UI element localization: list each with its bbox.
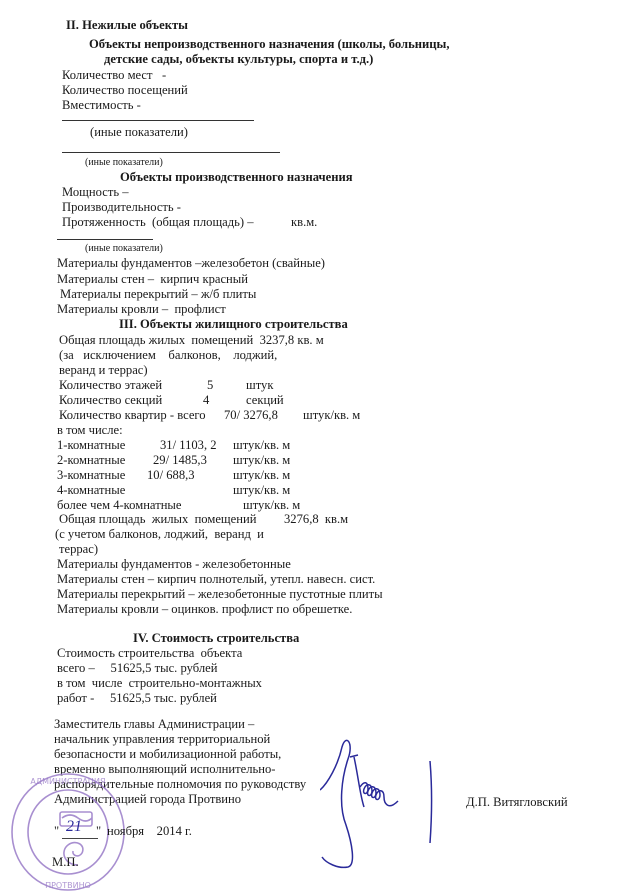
apt-5plus-unit: штук/кв. м — [243, 498, 300, 513]
apt-5plus-label: более чем 4-комнатные — [57, 498, 182, 513]
length-unit: кв.м. — [291, 215, 317, 230]
cost-label: Стоимость строительства объекта — [57, 646, 242, 661]
apartments-total-label: Количество квартир - всего — [59, 408, 206, 423]
apt-4-label: 4-комнатные — [57, 483, 125, 498]
apt-2-unit: штук/кв. м — [233, 453, 290, 468]
walls-material: Материалы стен – кирпич красный — [57, 272, 248, 287]
svg-text:ПРОТВИНО: ПРОТВИНО — [45, 881, 91, 890]
res-roof-material: Материалы кровли – оцинков. профлист по … — [57, 602, 352, 617]
date-close-quote: " — [96, 824, 101, 839]
apt-3-unit: штук/кв. м — [233, 468, 290, 483]
date-day-underline — [62, 838, 98, 839]
floors-material: Материалы перекрытий – ж/б плиты — [60, 287, 256, 302]
roof-material: Материалы кровли – профлист — [57, 302, 226, 317]
apt-2-label: 2-комнатные — [57, 453, 125, 468]
apt-4-unit: штук/кв. м — [233, 483, 290, 498]
including-label: в том числе: — [57, 423, 123, 438]
nonprod-heading-line1: Объекты непроизводственного назначения (… — [89, 37, 450, 52]
section-3-title: III. Объекты жилищного строительства — [119, 317, 348, 332]
foundation-material: Материалы фундаментов –железобетон (свай… — [57, 256, 325, 271]
other-indicators-1: (иные показатели) — [90, 125, 188, 140]
res-floors-material: Материалы перекрытий – железобетонные пу… — [57, 587, 383, 602]
cost-incl-label: в том числе строительно-монтажных — [57, 676, 262, 691]
svg-text:АДМИНИСТРАЦИЯ: АДМИНИСТРАЦИЯ — [30, 777, 105, 786]
area-incl-note-1: (с учетом балконов, лоджий, веранд и — [55, 527, 264, 542]
apt-2-value: 29/ 1485,3 — [153, 453, 207, 468]
floors-count-value: 5 — [207, 378, 213, 393]
blank-line-3 — [57, 239, 153, 240]
apartments-total-value: 70/ 3276,8 — [224, 408, 278, 423]
handwritten-signature-icon — [320, 735, 440, 875]
cost-total: всего – 51625,5 тыс. рублей — [57, 661, 217, 676]
apt-3-value: 10/ 688,3 — [147, 468, 195, 483]
sections-count-label: Количество секций — [59, 393, 162, 408]
res-foundation-material: Материалы фундаментов - железобетонные — [57, 557, 291, 572]
date-rest: ноября 2014 г. — [107, 824, 192, 839]
section-2-title: II. Нежилые объекты — [66, 18, 188, 33]
area-incl-note-2: террас) — [59, 542, 98, 557]
floors-count-label: Количество этажей — [59, 378, 162, 393]
length-label: Протяженность (общая площадь) – — [62, 215, 254, 230]
area-incl-label: Общая площадь жилых помещений — [59, 512, 256, 527]
area-incl-value: 3276,8 кв.м — [284, 512, 348, 527]
other-indicators-3: (иные показатели) — [85, 241, 163, 256]
apt-1-value: 31/ 1103, 2 — [160, 438, 217, 453]
position-line-3: безопасности и мобилизационной работы, — [54, 747, 281, 762]
apt-1-unit: штук/кв. м — [233, 438, 290, 453]
prod-heading: Объекты производственного назначения — [120, 170, 353, 185]
floors-count-unit: штук — [246, 378, 273, 393]
apt-3-label: 3-комнатные — [57, 468, 125, 483]
section-4-title: IV. Стоимость строительства — [133, 631, 299, 646]
area-excl-note-1: (за исключением балконов, лоджий, — [59, 348, 277, 363]
position-line-1: Заместитель главы Администрации – — [54, 717, 254, 732]
apartments-total-unit: штук/кв. м — [303, 408, 360, 423]
seal-label: М.П. — [52, 855, 79, 870]
places-count: Количество мест - — [62, 68, 166, 83]
res-walls-material: Материалы стен – кирпич полнотелый, утеп… — [57, 572, 375, 587]
date-open-quote: " — [54, 824, 59, 839]
blank-line-2 — [62, 152, 280, 153]
area-excl-note-2: веранд и террас) — [59, 363, 148, 378]
blank-line-1 — [62, 120, 254, 121]
sections-count-unit: секций — [246, 393, 284, 408]
date-day: 21 — [66, 819, 82, 834]
apt-1-label: 1-комнатные — [57, 438, 125, 453]
position-line-2: начальник управления территориальной — [54, 732, 270, 747]
productivity: Производительность - — [62, 200, 181, 215]
capacity: Вместимость - — [62, 98, 141, 113]
other-indicators-2: (иные показатели) — [85, 155, 163, 170]
nonprod-heading-line2: детские сады, объекты культуры, спорта и… — [104, 52, 373, 67]
signatory-name: Д.П. Витягловский — [466, 795, 568, 810]
visits-count: Количество посещений — [62, 83, 188, 98]
area-excl: Общая площадь жилых помещений 3237,8 кв.… — [59, 333, 324, 348]
sections-count-value: 4 — [203, 393, 209, 408]
power: Мощность – — [62, 185, 129, 200]
cost-works: работ - 51625,5 тыс. рублей — [57, 691, 217, 706]
